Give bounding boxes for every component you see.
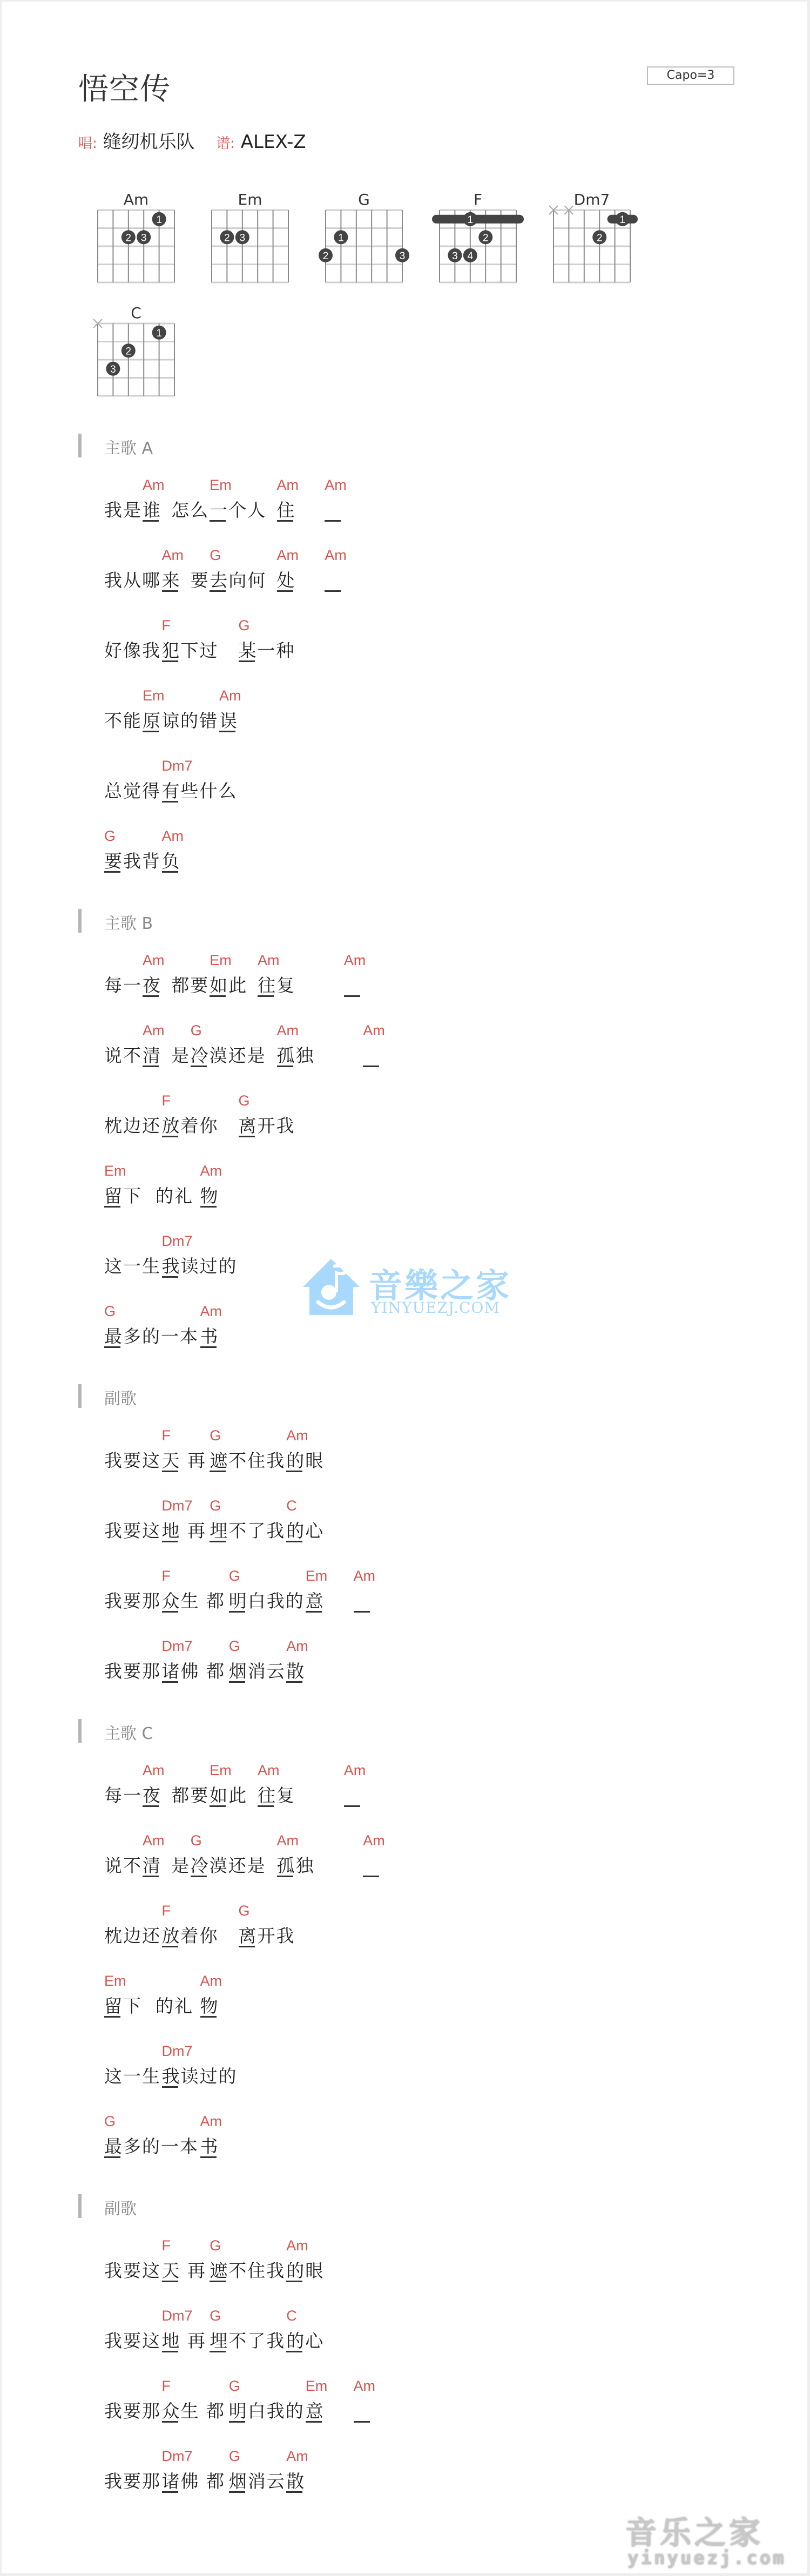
lyric-text: 我是 xyxy=(104,496,142,522)
chord-segment: F众生 都 xyxy=(162,1568,229,1622)
lyric-text: 有些什么 xyxy=(162,777,238,803)
chord-segment: Em如此 xyxy=(210,952,258,1006)
chord-symbol[interactable]: G xyxy=(229,2378,240,2395)
fretboard-grid-icon: 1234 xyxy=(433,207,531,290)
lyric-text xyxy=(296,1782,329,1803)
chord-symbol[interactable]: Am xyxy=(219,687,241,704)
chord-symbol[interactable]: Am xyxy=(162,828,184,845)
chord-symbol[interactable]: Am xyxy=(143,1832,165,1849)
chord-symbol[interactable]: Am xyxy=(354,1568,376,1584)
chord-segment: Am来 xyxy=(162,547,191,601)
chord-symbol[interactable]: Dm7 xyxy=(162,2043,193,2060)
lyric-line: 这一生Dm7我读过的 xyxy=(104,1233,239,1287)
svg-text:3: 3 xyxy=(240,232,246,244)
lyric-text: 我要这 xyxy=(104,2327,161,2352)
chord-segment: Em一个人 xyxy=(210,477,276,531)
transcriber-name[interactable]: ALEX-Z xyxy=(241,131,306,153)
chord-symbol[interactable]: F xyxy=(162,1427,171,1444)
chord-symbol[interactable]: G xyxy=(191,1832,202,1849)
chord-segment: Dm7地 再 xyxy=(162,2308,210,2362)
chord-segment: G最多的一本 xyxy=(104,2113,200,2167)
chord-symbol[interactable]: Am xyxy=(344,1762,366,1779)
chord-symbol[interactable]: Am xyxy=(200,2113,222,2130)
lyric-text: 放着你 xyxy=(162,1112,232,1137)
chord-symbol[interactable]: Am xyxy=(258,1762,280,1779)
lyric-line: 我要那F众生 都G明白我的Em意 Am xyxy=(104,1568,373,1622)
chord-diagram-c: C123 xyxy=(98,304,179,412)
chord-symbol[interactable]: Am xyxy=(325,477,347,494)
chord-symbol[interactable]: G xyxy=(104,1303,116,1320)
lyric-text: 一个人 xyxy=(210,496,273,522)
lyric-line: 我要那F众生 都G明白我的Em意 Am xyxy=(104,2378,373,2432)
chord-segment: Am散 xyxy=(286,2448,306,2502)
chord-symbol[interactable]: Em xyxy=(143,687,165,704)
chord-segment: Am书 xyxy=(200,1303,220,1357)
section-label: 副歌 xyxy=(104,2195,137,2219)
lyric-segment: 不能 xyxy=(104,687,143,741)
chord-segment: F众生 都 xyxy=(162,2378,229,2432)
chord-segment: Am负 xyxy=(162,828,181,882)
chord-symbol[interactable]: Am xyxy=(143,1762,165,1779)
singer-name[interactable]: 缝纫机乐队 xyxy=(103,131,195,153)
chord-symbol[interactable]: G xyxy=(210,2237,221,2254)
chord-symbol[interactable]: G xyxy=(229,2448,240,2465)
chord-diagram-name: G xyxy=(326,191,402,208)
chord-segment: G某一种 xyxy=(239,617,296,671)
chord-symbol[interactable]: F xyxy=(162,1903,171,1919)
chord-symbol[interactable]: C xyxy=(286,2308,297,2324)
chord-symbol[interactable]: Am xyxy=(363,1832,385,1849)
lyric-text: 孤独 xyxy=(277,1852,315,1877)
chord-symbol[interactable]: Am xyxy=(143,1022,165,1039)
chord-symbol[interactable]: Em xyxy=(306,2378,328,2395)
chord-symbol[interactable]: Em xyxy=(210,1762,232,1779)
chord-symbol[interactable]: Am xyxy=(363,1022,385,1039)
chord-segment: G最多的一本 xyxy=(104,1303,200,1357)
chord-segment: G埋不了我 xyxy=(210,1498,286,1552)
lyric-segment xyxy=(296,952,344,1006)
lyric-text: 物 xyxy=(200,1182,219,1208)
section-label: 主歌 C xyxy=(104,1720,153,1744)
lyric-segment xyxy=(296,547,325,601)
svg-text:3: 3 xyxy=(400,251,406,262)
chord-segment: Am xyxy=(354,1568,373,1622)
chord-segment: Am处 xyxy=(277,547,296,601)
lyric-text: 我要那 xyxy=(104,2467,161,2493)
lyric-segment: 这一生 xyxy=(104,2043,162,2097)
lyric-line: G最多的一本Am书 xyxy=(104,1303,219,1357)
chord-segment: G埋不了我 xyxy=(210,2308,286,2362)
lyric-text: 每一 xyxy=(104,972,142,997)
chord-segment: F放着你 xyxy=(162,1093,239,1147)
lyric-text: 是 xyxy=(171,1852,190,1877)
chord-symbol[interactable]: Am xyxy=(354,2378,376,2395)
lyric-segment: 要 xyxy=(191,547,210,601)
svg-text:4: 4 xyxy=(468,251,474,262)
chord-symbol[interactable]: G xyxy=(104,828,116,845)
chord-diagram-g: G123 xyxy=(326,191,407,299)
lyric-segment: 我是 xyxy=(104,477,143,531)
chord-symbol[interactable]: Em xyxy=(306,1568,328,1584)
lyric-text: 来 xyxy=(162,567,188,592)
chord-symbol[interactable]: Em xyxy=(210,477,232,494)
chord-segment: Dm7诸佛 都 xyxy=(162,2448,229,2502)
lyric-text: 不能 xyxy=(104,707,142,732)
lyric-text: 清 xyxy=(143,1852,168,1877)
chord-segment: Dm7有些什么 xyxy=(162,758,239,812)
lyric-line: 每一Am夜 都要Em如此 Am往复 Am xyxy=(104,1762,363,1816)
lyric-text: 去向何 xyxy=(210,567,273,592)
svg-text:2: 2 xyxy=(224,232,230,244)
svg-text:1: 1 xyxy=(620,214,626,226)
lyric-text: 原谅的错 xyxy=(143,707,218,732)
lyric-line: G要我背Am负 xyxy=(104,828,181,882)
lyric-text: 天 再 xyxy=(162,2257,207,2282)
chord-underline xyxy=(325,590,341,592)
chord-symbol[interactable]: F xyxy=(162,1093,171,1109)
chord-diagram-dm7: Dm712 xyxy=(553,191,634,299)
song-title: 悟空传 xyxy=(78,65,171,109)
chord-symbol[interactable]: Am xyxy=(277,1832,299,1849)
lyric-text: 往复 xyxy=(258,1782,295,1807)
lyric-line: 我要这Dm7地 再G埋不了我C的心 xyxy=(104,2308,325,2362)
chord-segment: G冷漠还是 xyxy=(191,1022,277,1076)
lyric-text: 众生 都 xyxy=(162,2397,226,2423)
chord-segment: Dm7诸佛 都 xyxy=(162,1638,229,1692)
chord-segment: Am书 xyxy=(200,2113,220,2167)
lyric-text: 我要这 xyxy=(104,1447,161,1472)
chord-segment: G烟消云 xyxy=(229,2448,287,2502)
lyric-text: 烟消云 xyxy=(229,1657,286,1683)
lyric-line: G最多的一本Am书 xyxy=(104,2113,219,2167)
chord-symbol[interactable]: G xyxy=(191,1022,202,1039)
chord-symbol[interactable]: G xyxy=(229,1638,240,1655)
lyric-text: 放着你 xyxy=(162,1922,232,1947)
chord-symbol[interactable]: Am xyxy=(143,477,165,494)
chord-segment: Am清 xyxy=(143,1022,171,1076)
lyric-text: 的眼 xyxy=(286,2257,324,2282)
chord-underline xyxy=(344,995,360,997)
chord-segment: G离开我 xyxy=(239,1093,296,1147)
lyric-line: 我要这Dm7地 再G埋不了我C的心 xyxy=(104,1498,325,1552)
lyric-line: 不能Em原谅的错Am误 xyxy=(104,687,239,741)
lyric-text: 要我背 xyxy=(104,847,161,873)
lyric-text: 我读过的 xyxy=(162,2062,238,2088)
svg-text:2: 2 xyxy=(126,232,132,244)
lyric-segment: 这一生 xyxy=(104,1233,162,1287)
chord-segment: Em如此 xyxy=(210,1762,258,1816)
chord-segment: Em原谅的错 xyxy=(143,687,219,741)
lyric-text: 明白我的 xyxy=(229,1587,305,1613)
chord-segment: G遮不住我 xyxy=(210,2237,286,2291)
lyric-text: 埋不了我 xyxy=(210,1517,285,1542)
lyric-text: 我要那 xyxy=(104,1657,161,1683)
chord-segment: Am误 xyxy=(219,687,239,741)
svg-text:1: 1 xyxy=(156,214,162,226)
lyric-text: 冷漠还是 xyxy=(191,1042,273,1067)
chord-segment: Am xyxy=(344,952,363,1006)
chord-segment: Am住 xyxy=(277,477,296,531)
chord-diagram-f: F1234 xyxy=(440,191,521,299)
chord-symbol[interactable]: G xyxy=(239,1093,250,1109)
chord-symbol[interactable]: Dm7 xyxy=(162,1498,193,1514)
svg-text:2: 2 xyxy=(323,251,329,262)
chord-segment: G要我背 xyxy=(104,828,162,882)
lyric-text: 天 再 xyxy=(162,1447,207,1472)
chord-underline xyxy=(354,2421,370,2423)
chord-symbol[interactable]: Am xyxy=(258,952,280,969)
fretboard-grid-icon: 12 xyxy=(547,207,645,290)
lyric-segment: 都要 xyxy=(171,952,210,1006)
chord-segment: C的心 xyxy=(286,2308,325,2362)
chord-symbol[interactable]: G xyxy=(210,547,221,564)
chord-symbol[interactable]: Em xyxy=(104,1163,126,1179)
chord-symbol[interactable]: Am xyxy=(286,2448,308,2465)
watermark-corner: 音乐之家 yinyuezj.com xyxy=(625,2507,809,2572)
lyric-text: 犯下过 xyxy=(162,637,232,662)
chord-segment: Am xyxy=(344,1762,363,1816)
lyric-line: 总觉得Dm7有些什么 xyxy=(104,758,239,812)
chord-symbol[interactable]: G xyxy=(104,2113,116,2130)
watermark-corner-text: 音乐之家 xyxy=(625,2507,764,2553)
lyric-text: 处 xyxy=(277,567,296,592)
chord-symbol[interactable]: Em xyxy=(210,952,232,969)
chord-underline xyxy=(363,1066,379,1067)
chord-symbol[interactable]: Am xyxy=(200,1303,222,1320)
svg-text:3: 3 xyxy=(452,251,458,262)
lyric-segment: 是 xyxy=(171,1022,191,1076)
lyric-text: 离开我 xyxy=(239,1922,295,1947)
lyric-text: 我要那 xyxy=(104,2397,161,2423)
chord-segment: Am孤独 xyxy=(277,1022,315,1076)
chord-symbol[interactable]: Am xyxy=(286,2237,308,2254)
chord-segment: Am孤独 xyxy=(277,1832,315,1886)
chord-segment: Em留下 的礼 xyxy=(104,1163,200,1217)
chord-diagram-name: F xyxy=(440,191,516,208)
chord-symbol[interactable]: Am xyxy=(162,547,184,564)
lyric-text: 散 xyxy=(286,1657,305,1683)
lyric-text: 留下 的礼 xyxy=(104,1992,193,2018)
chord-symbol[interactable]: Am xyxy=(344,952,366,969)
chord-symbol[interactable]: Am xyxy=(277,1022,299,1039)
fretboard-grid-icon: 123 xyxy=(91,207,190,290)
chord-symbol[interactable]: Am xyxy=(277,547,299,564)
lyric-segment: 是 xyxy=(171,1832,191,1886)
lyric-segment: 我要这 xyxy=(104,1498,162,1552)
chord-segment: F放着你 xyxy=(162,1903,239,1957)
svg-text:3: 3 xyxy=(141,232,147,244)
lyric-text: 怎么 xyxy=(171,496,209,522)
watermark-center-url: YINYUEZJ.COM xyxy=(371,1299,500,1317)
chord-segment: G烟消云 xyxy=(229,1638,287,1692)
lyric-text: 埋不了我 xyxy=(210,2327,285,2352)
lyric-line: 我要这F天 再G遮不住我Am的眼 xyxy=(104,2237,325,2291)
chord-symbol[interactable]: C xyxy=(286,1498,297,1514)
lyric-line: 我要那Dm7诸佛 都G烟消云Am散 xyxy=(104,2448,306,2502)
chord-symbol[interactable]: Am xyxy=(286,1427,308,1444)
lyric-text: 负 xyxy=(162,847,181,873)
chord-segment: F天 再 xyxy=(162,1427,210,1481)
lyric-text: 好像我 xyxy=(104,637,161,662)
chord-symbol[interactable]: Dm7 xyxy=(162,2448,193,2465)
chord-diagram-em: Em23 xyxy=(212,191,293,299)
lyric-segment: 枕边还 xyxy=(104,1093,162,1147)
lyric-text: 夜 xyxy=(143,1782,168,1807)
lyric-text: 我要这 xyxy=(104,2257,161,2282)
chord-symbol[interactable]: F xyxy=(162,617,171,634)
chord-symbol[interactable]: Am xyxy=(200,1163,222,1179)
lyric-text xyxy=(296,567,316,588)
lyric-line: 我要那Dm7诸佛 都G烟消云Am散 xyxy=(104,1638,306,1692)
chord-symbol[interactable]: Am xyxy=(325,547,347,564)
lyric-line: 每一Am夜 都要Em如此 Am往复 Am xyxy=(104,952,363,1006)
chord-diagram-am: Am123 xyxy=(98,191,179,299)
lyric-text: 是 xyxy=(171,1042,190,1067)
lyric-text: 离开我 xyxy=(239,1112,295,1137)
lyric-text: 枕边还 xyxy=(104,1922,161,1947)
lyric-text: 要 xyxy=(191,567,210,592)
chord-symbol[interactable]: Dm7 xyxy=(162,1233,193,1250)
lyric-line: 说不Am清 是G冷漠还是 Am孤独 Am xyxy=(104,1022,382,1076)
lyric-segment: 怎么 xyxy=(171,477,210,531)
lyric-text: 这一生 xyxy=(104,1252,161,1278)
chord-symbol[interactable]: G xyxy=(229,1568,240,1584)
svg-text:2: 2 xyxy=(126,346,132,357)
song-sheet-page: 悟空传 Capo=3 唱: 缝纫机乐队 谱: ALEX-Z Am123Em23G… xyxy=(2,2,807,2573)
section-header: 副歌 xyxy=(78,1384,82,1408)
lyric-line: 好像我F犯下过 G某一种 xyxy=(104,617,296,671)
lyric-text: 书 xyxy=(200,2133,219,2158)
chord-segment: Em意 xyxy=(306,2378,354,2432)
svg-text:1: 1 xyxy=(468,214,474,226)
fretboard-grid-icon: 23 xyxy=(205,207,303,290)
chord-segment: Am往复 xyxy=(258,1762,296,1816)
lyric-segment: 我要那 xyxy=(104,1638,162,1692)
transcriber-label: 谱: xyxy=(216,136,235,152)
lyric-segment: 好像我 xyxy=(104,617,162,671)
chord-symbol[interactable]: Em xyxy=(104,1973,126,1990)
lyric-line: 枕边还F放着你 G离开我 xyxy=(104,1093,296,1147)
section-header: 主歌 C xyxy=(78,1719,82,1743)
lyric-segment: 我要这 xyxy=(104,2308,162,2362)
lyric-text: 孤独 xyxy=(277,1042,315,1067)
lyric-line: 我从哪Am来 要G去向何 Am处 Am xyxy=(104,547,344,601)
chord-segment: G明白我的 xyxy=(229,1568,306,1622)
lyric-segment: 说不 xyxy=(104,1832,143,1886)
chord-segment: G去向何 xyxy=(210,547,276,601)
chord-symbol[interactable]: Am xyxy=(277,477,299,494)
chord-symbol[interactable]: F xyxy=(162,2378,171,2395)
chord-symbol[interactable]: G xyxy=(210,2308,221,2324)
chord-symbol[interactable]: Am xyxy=(200,1973,222,1990)
lyric-text: 众生 都 xyxy=(162,1587,226,1613)
music-house-logo-icon xyxy=(298,1255,368,1319)
lyric-segment: 说不 xyxy=(104,1022,143,1076)
lyric-text: 的心 xyxy=(286,2327,324,2352)
chord-segment: Am谁 xyxy=(143,477,171,531)
lyric-text xyxy=(296,972,329,993)
chord-symbol[interactable]: Am xyxy=(143,952,165,969)
chord-segment: Am xyxy=(363,1022,382,1076)
chord-symbol[interactable]: F xyxy=(162,2237,171,2254)
section-header: 主歌 B xyxy=(78,909,82,933)
lyric-text: 的眼 xyxy=(286,1447,324,1472)
chord-diagram-name: Am xyxy=(98,191,174,208)
lyric-text: 我要这 xyxy=(104,1517,161,1542)
lyric-line: 我是Am谁 怎么Em一个人 Am住 Am xyxy=(104,477,344,531)
lyric-text xyxy=(315,1852,349,1873)
lyric-text: 说不 xyxy=(104,1852,142,1877)
lyric-text: 的心 xyxy=(286,1517,324,1542)
chord-segment: Am xyxy=(325,477,344,531)
lyric-text: 这一生 xyxy=(104,2062,161,2088)
lyric-text: 我要那 xyxy=(104,1587,161,1613)
chord-segment: F天 再 xyxy=(162,2237,210,2291)
lyric-text xyxy=(325,567,338,588)
lyric-segment xyxy=(315,1832,363,1886)
lyric-text: 误 xyxy=(219,707,238,732)
chord-symbol[interactable]: G xyxy=(239,617,250,634)
lyric-segment: 我要那 xyxy=(104,2378,162,2432)
lyric-line: Em留下 的礼Am物 xyxy=(104,1163,219,1217)
section-label: 主歌 B xyxy=(104,910,153,934)
chord-segment: Am xyxy=(363,1832,382,1886)
watermark-corner-url: yinyuezj.com xyxy=(627,2547,786,2569)
section-header: 副歌 xyxy=(78,2194,82,2218)
lyric-text: 地 再 xyxy=(162,1517,207,1542)
lyric-text xyxy=(296,496,316,517)
section-header: 主歌 A xyxy=(78,434,82,457)
svg-text:2: 2 xyxy=(483,232,489,244)
lyric-text: 意 xyxy=(306,2397,345,2423)
chord-diagram-name: C xyxy=(98,304,174,322)
chord-segment: Am物 xyxy=(200,1973,220,2027)
lyric-text xyxy=(363,1852,376,1873)
lyric-segment: 都要 xyxy=(171,1762,210,1816)
chord-segment: Am清 xyxy=(143,1832,171,1886)
lyric-text: 往复 xyxy=(258,972,295,997)
lyric-segment: 我要那 xyxy=(104,2448,162,2502)
chord-symbol[interactable]: G xyxy=(210,1427,221,1444)
section-label: 副歌 xyxy=(104,1385,137,1409)
chord-underline xyxy=(344,1805,360,1807)
lyric-text: 如此 xyxy=(210,972,254,997)
lyric-text: 清 xyxy=(143,1042,168,1067)
chord-segment: Am的眼 xyxy=(286,1427,325,1481)
lyric-text: 每一 xyxy=(104,1782,142,1807)
lyric-text xyxy=(344,972,357,993)
lyric-text: 明白我的 xyxy=(229,2397,305,2423)
chord-symbol[interactable]: G xyxy=(210,1498,221,1514)
watermark-center: 音樂之家 YINYUEZJ.COM xyxy=(298,1255,524,1319)
chord-segment: Am物 xyxy=(200,1163,220,1217)
lyric-text xyxy=(354,2397,367,2418)
lyric-text: 我读过的 xyxy=(162,1252,238,1278)
chord-symbol[interactable]: Dm7 xyxy=(162,758,193,774)
chord-symbol[interactable]: Am xyxy=(286,1638,308,1655)
chord-symbol[interactable]: G xyxy=(239,1903,250,1919)
lyric-text: 如此 xyxy=(210,1782,254,1807)
chord-symbol[interactable]: Dm7 xyxy=(162,1638,193,1655)
lyric-text xyxy=(363,1042,376,1063)
lyric-line: 说不Am清 是G冷漠还是 Am孤独 Am xyxy=(104,1832,382,1886)
lyric-segment: 枕边还 xyxy=(104,1903,162,1957)
chord-underline xyxy=(325,520,341,522)
chord-symbol[interactable]: Dm7 xyxy=(162,2308,193,2324)
chord-symbol[interactable]: F xyxy=(162,1568,171,1584)
svg-text:1: 1 xyxy=(156,328,162,339)
chord-underline xyxy=(363,1876,379,1877)
